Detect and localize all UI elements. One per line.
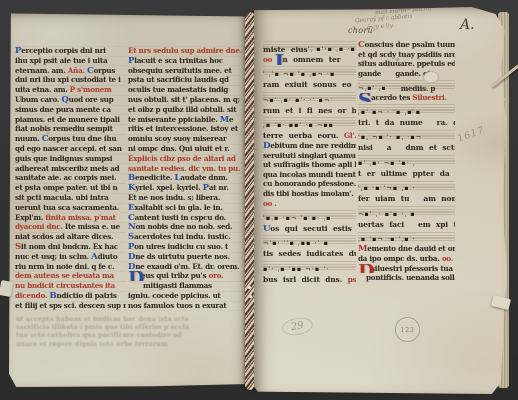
wormhole xyxy=(248,286,251,289)
text-segment: e xyxy=(229,115,233,124)
manuscript-text-line: Conscius dne psalm tuum. xyxy=(358,40,455,50)
manuscript-text-line: Debitum dne nre reddim' xyxy=(263,141,356,151)
manuscript-text-line: Kyriel. xpel. kyriel. Pat nr. xyxy=(128,183,247,193)
manuscript-text-line: nuum. Corpus tuu dne ihu xyxy=(15,134,126,144)
text-segment: em xpi tui xyxy=(418,220,455,229)
text-segment: nuc et usq; in sclm. xyxy=(15,252,91,261)
text-segment: am non au xyxy=(423,194,455,203)
wormhole xyxy=(249,295,252,298)
manuscript-text-line: nuc et usq; in sclm. Adiuto xyxy=(15,252,126,262)
neume-notation: ˈ ˌˈ▪ ¬▪ ˈ▪ ˌ▪¬ ·▪ xyxy=(263,70,335,79)
manuscript-text-line: situs adiuuare. ppetuis edue xyxy=(358,59,455,69)
ghost-line: unare et regere dignis toto orbe terraru… xyxy=(16,341,244,349)
text-segment: audate dnm. xyxy=(180,173,228,182)
text-segment: adhereat misceribz meis ad xyxy=(15,164,119,173)
manuscript-text-line: et filij et sps sci. descen sup nos xyxy=(15,301,126,311)
manuscript-text-line: mitigasti flammas xyxy=(128,281,247,291)
text-segment: qua incolas mundi tuentes xyxy=(263,170,356,179)
text-segment: rum et i fi nes or bis xyxy=(263,106,356,115)
text-segment: uertas faci xyxy=(358,220,404,229)
manuscript-text-line: rum et i fi nes or bis xyxy=(263,105,356,116)
text-segment: simus dne pura mente ca xyxy=(15,105,111,114)
neume-notation: ˌ▪ ˈ▪· ▪▪ˈ ·▪ ¬▪▪ xyxy=(263,121,334,130)
parchment-stain xyxy=(409,108,416,113)
text-segment: obsequiu seruitutis mee. et xyxy=(128,66,232,75)
ink-spot xyxy=(395,57,400,62)
manuscript-text-line: psta ut sacrificiu laudis qd xyxy=(128,75,247,85)
music-staff-line: ¬▪ˈ ˌ· ▪ˈ▪ ·ˌ ▪ xyxy=(358,204,455,219)
text-segment: onscius dne psalm tuum. xyxy=(365,40,455,49)
manuscript-text-line: et psta ompe pater. ut ibi n xyxy=(15,183,126,193)
neume-notation: ¬▪ˈ ˌ· ▪ˈ▪ ·ˌ ▪ xyxy=(358,210,416,219)
manuscript-text-line: dem autens se eleuata ma xyxy=(15,271,126,281)
manuscript-text-line: Dsiluestri pfessoris tua amp xyxy=(358,264,455,274)
manuscript-text-line: fiat nobis remediu sempit xyxy=(15,124,126,134)
text-segment: te miserante ppiciabile. xyxy=(128,115,220,124)
text-segment: et oibz p quibz illd obtuli. sit xyxy=(128,105,236,114)
text-segment: fiat nobis remediu sempit xyxy=(15,124,113,133)
manuscript-text-line: igniu. cocede ppicius. ut xyxy=(128,291,247,301)
text-segment: igniu. cocede ppicius. ut xyxy=(128,291,221,300)
text-segment: situs adiuuare. ppetuis edue xyxy=(358,59,455,68)
text-segment: pontificis. uenanda sollemp xyxy=(366,273,455,282)
text-segment: oo xyxy=(263,55,274,64)
text-segment: ihu xpi psit aie tue i uita xyxy=(15,56,107,65)
text-segment: seruituti singlari quamus xyxy=(263,151,356,160)
manuscript-text-line: qua incolas mundi tuentes xyxy=(263,170,356,180)
manuscript-text-line: niat scdos ad altare dices. xyxy=(15,232,126,242)
text-segment: t er ultime ppter da xyxy=(358,169,450,178)
text-segment: oo . xyxy=(263,199,277,208)
text-segment: eus qui tribz pu's xyxy=(141,271,209,280)
manuscript-text-line: tis sedes iudicates duodeci tri xyxy=(263,248,356,259)
text-segment: antent iusti in cspcu do. xyxy=(135,213,226,222)
manuscript-text-line: ut suffragiis thome apli bti xyxy=(263,160,356,170)
text-segment: oro. xyxy=(209,271,224,280)
manuscript-text-line: ihu xpi psit aie tue i uita xyxy=(15,56,126,66)
manuscript-text-line: terre uerba eoru. Gl'. xyxy=(263,130,356,141)
text-segment: C xyxy=(87,66,94,76)
show-through-text: ut accepta habeas et bndicas hec dona is… xyxy=(16,316,244,349)
manuscript-text-line: Perceptio corpis dni nri xyxy=(15,46,126,56)
manuscript-text-line: Memento dne dauid et omis xyxy=(358,244,455,254)
manuscript-text-line: et oibz p quibz illd obtuli. sit xyxy=(128,105,247,115)
neume-notation: ¬ˌ▪' ˌ▪ xyxy=(358,84,387,93)
text-segment: terre uerba eoru. xyxy=(263,131,344,140)
text-segment: ra. dicatur xyxy=(437,118,455,127)
text-segment: it nom dni bndcm. Ex hac xyxy=(21,242,118,251)
manuscript-text-line: seruituti singlari quamus xyxy=(263,151,356,161)
manuscript-text-line: simus dne pura mente ca xyxy=(15,105,126,115)
text-segment: yriel. xpel. kyriel. xyxy=(135,183,202,192)
text-segment: nu bndicit circustantes ita xyxy=(15,281,115,290)
text-segment: tis sedes iudicates duodeci tri xyxy=(263,249,356,258)
text-segment: et psta ompe pater. ut ibi n xyxy=(15,183,117,192)
text-segment: ni ompc dns. Qui uiuit et r. xyxy=(128,144,230,153)
text-segment: emento dne dauid et omis xyxy=(367,244,455,253)
manuscript-text-line: uertas faciem xpi tui xyxy=(358,219,455,230)
text-segment: M xyxy=(358,244,367,254)
manuscript-text-line: Benedicite. Laudate dnm. xyxy=(128,173,247,183)
text-segment: mitigasti flammas xyxy=(143,281,212,290)
manuscript-text-line: dicendo. Bndictio di patris xyxy=(15,291,126,301)
music-staff-line: ¬ˌ▪' ˌ▪mediis. p xyxy=(358,78,455,93)
text-segment: orpus xyxy=(94,66,116,75)
text-segment: Q xyxy=(61,95,68,105)
manuscript-text-line: ritis et intercessione. istoy et xyxy=(128,124,247,134)
neume-notation: ˌ▪ ˈ▪¬ ·▪ ˈˌ▪ · xyxy=(358,235,416,244)
text-segment: dem autens se eleuata ma xyxy=(15,271,114,280)
manuscript-text-line: et qd scdy tuay psidiis nrd de xyxy=(358,50,455,60)
text-segment: cu honorando pfessione. lau xyxy=(263,179,356,188)
text-segment: dis tibi hostias imolam'. xyxy=(263,189,356,198)
manuscript-text-line: Deus qui tribz pu's oro. xyxy=(128,271,247,281)
right-page-column-1: miste eius ˈˌ ▪'·▪ ˌ▪ ·▪▪oo In omnem ter… xyxy=(263,39,356,301)
text-segment: nisi xyxy=(358,143,373,152)
manuscript-text-line: dis tibi hostias imolam'. P. xyxy=(263,189,356,199)
manuscript-text-line: pontificis. uenanda sollemp xyxy=(358,273,455,283)
text-segment: oo. xyxy=(442,254,453,263)
manuscript-text-line: ram exiuit sonus eo xyxy=(263,79,356,90)
manuscript-text-line: Sacerdotes tui indu. iustic. xyxy=(128,232,247,242)
music-staff-line: ˌ▪ ˈ▪· ▪▪ˈ ·▪ ¬▪▪ xyxy=(263,116,356,131)
text-segment: siluestri pfessoris tua amp xyxy=(371,264,455,273)
left-page-column-1: Perceptio corpis dni nriihu xpi psit aie… xyxy=(15,46,126,314)
text-segment: ndictio di patris xyxy=(56,291,116,300)
manuscript-text-line: cu honorando pfessione. lau xyxy=(263,179,356,189)
text-segment: dicendo. xyxy=(15,291,49,300)
text-segment: dni nri ihu xpi custodiat te i xyxy=(15,75,121,84)
text-segment: psta ut sacrificiu laudis qd xyxy=(128,75,229,84)
text-segment: ps. oo. xyxy=(348,275,356,284)
text-segment: sanitate aie. ac corpis mei. xyxy=(15,173,116,182)
text-segment: qd ego nascer accepi. et san xyxy=(15,144,122,153)
music-staff-line: ˌ▪ ˈ▪¬ ·▪ ˈˌ▪ · xyxy=(358,230,455,245)
manuscript-text-line: nos famulos tuos n exurat xyxy=(128,301,247,311)
neume-notation: ¬▪ˈ ˌ▪· ▪ˈ· ·ˈ ▪¬ xyxy=(263,96,330,105)
manuscript-text-line: Uos qui secuti estis me sedebi xyxy=(263,223,356,234)
text-segment: diuto xyxy=(98,252,118,261)
manuscript-text-line: Placuit e sca trinitas hoc xyxy=(128,56,247,66)
text-segment: on uires iudiciu cu suo. t xyxy=(134,242,228,251)
manuscript-text-line: sit pcti macula. ubi intra xyxy=(15,193,126,203)
text-segment: ram exiuit sonus eo xyxy=(263,80,351,89)
photo-background: Perceptio corpis dni nriihu xpi psit aie… xyxy=(0,0,518,400)
ghost-line: ut accepta habeas et bndicas hec dona is… xyxy=(16,316,244,324)
manuscript-text-line: dyaconi dnc. Ite missa e. ue xyxy=(15,222,126,232)
text-segment: da ipo ompc ds. urba. xyxy=(358,254,442,263)
manuscript-text-line: Expl'm. finita missa. p'mat xyxy=(15,213,126,223)
text-segment: S xyxy=(358,93,371,103)
text-segment: Et ne nos indu. s; libera. xyxy=(128,193,220,202)
text-segment: on nobis dne no nob. sed. xyxy=(136,222,233,231)
neume-notation: ▪ˈ ˌ▪· ¬▪ ˈ▪· ˌ xyxy=(358,159,416,168)
text-segment: enedicite. xyxy=(135,173,174,182)
text-segment: riu nrm in noie dni. q fe c. xyxy=(15,262,114,271)
text-segment: ebitum dne nre reddim' xyxy=(270,141,356,150)
right-page-column-2: Conscius dne psalm tuum.et qd scdy tuay … xyxy=(358,40,455,296)
text-segment: Siluestri. xyxy=(412,93,446,102)
text-segment: bus isrl dicit dns. xyxy=(263,275,348,284)
music-staff-line: miste eius ˈˌ ▪'·▪ ˌ▪ ·▪▪ xyxy=(263,39,356,54)
text-segment: oculis tue maiestatis indig xyxy=(128,85,228,94)
neume-notation: ˈ▪ˌ ¬▪ ˈ· ▪ˌ ·▪¬ xyxy=(358,133,422,142)
manuscript-text-line: adhereat misceribz meis ad xyxy=(15,164,126,174)
text-segment: xaltabit sci in gla. le in. xyxy=(134,203,222,212)
manuscript-text-line: nisiadnm et scti tui xyxy=(358,142,455,153)
text-segment: Et nrs sedulu sup admire dne. xyxy=(128,46,242,55)
text-segment: Ite missa e. ue xyxy=(65,222,120,231)
text-segment: et qd scdy tuay psidiis nrd de xyxy=(358,50,455,59)
pencil-year-note: 1617 xyxy=(456,125,486,145)
neume-notation: ¬ˈ▪· ˈˈ▪ ˌ▪▪ ·ˈ ▪ xyxy=(263,239,329,248)
manuscript-text-line: oculis tue maiestatis indig xyxy=(128,85,247,95)
manuscript-text-line: riu nrm in noie dni. q fe c. xyxy=(15,262,126,272)
text-segment: N xyxy=(128,222,136,232)
neume-notation: ▪ˈ· ˌ▪ ˈ▪▪ ¬·▪ ˈ· xyxy=(263,265,329,274)
parchment-hole xyxy=(423,71,439,83)
text-segment: D xyxy=(358,264,371,274)
manuscript-text-line: te miserante ppiciabile. Me xyxy=(128,115,247,125)
manuscript-text-line: tri. t da numera. dicatur xyxy=(358,117,455,128)
text-segment: gande xyxy=(358,69,381,78)
manuscript-text-line: gandegande. et xyxy=(358,69,455,79)
ghost-line: sacrificia illibata i pmis que tibi offe… xyxy=(16,324,244,332)
manuscript-text-line: sanitate aie. ac corpis mei. xyxy=(15,173,126,183)
neume-notation: ˈˌ ▪'·▪ ˌ▪ ·▪▪ xyxy=(308,45,356,54)
text-segment: a xyxy=(387,143,392,152)
text-segment: B xyxy=(128,173,135,183)
text-segment: mediis. p xyxy=(401,84,436,93)
text-segment: sanitate redies. dic ym. tu pu. xyxy=(128,164,240,173)
manuscript-text-line: uita etna. am. P s'monem xyxy=(15,85,126,95)
manuscript-text-line: dni nri ihu xpi custodiat te i xyxy=(15,75,126,85)
page-header-chorus: chorū· xyxy=(348,26,376,35)
music-staff-line: ▪ˈ ˌ▪· ¬▪ ˈ▪· ˌ xyxy=(358,153,455,168)
manuscript-text-line: uerunt tua sca sacramenta. xyxy=(15,203,126,213)
manuscript-text-line: obsequiu seruitutis mee. et xyxy=(128,66,247,76)
text-segment: finita missa. p'mat xyxy=(45,213,115,222)
manuscript-text-line: Pon uires iudiciu cu suo. t xyxy=(128,242,247,252)
text-segment: dyaconi dnc. xyxy=(15,222,65,231)
text-segment: C xyxy=(128,213,135,223)
corner-letter: A. xyxy=(460,17,475,33)
manuscript-text-line: oo In omnem ter xyxy=(263,54,356,65)
text-segment: acerdo tes xyxy=(371,93,412,102)
text-segment: sit pcti macula. ubi intra xyxy=(15,193,109,202)
pencil-folio-note: 29 xyxy=(281,315,314,337)
manuscript-text-line: da ipo ompc ds. urba. oo. xyxy=(358,254,455,264)
text-segment: ne ds uirtutu puerte nos. xyxy=(135,252,230,261)
text-segment: os qui secuti estis me sedebi xyxy=(270,224,356,233)
text-segment: niat scdos ad altare dices. xyxy=(15,232,113,241)
manuscript-text-line: oo . xyxy=(263,199,356,209)
text-segment: miste eius xyxy=(263,45,308,54)
music-staff-line: ˈ ˌˈ▪ ¬▪ ˈ▪ ˌ▪¬ ·▪ xyxy=(263,65,356,80)
text-segment: ritis et intercessione. istoy et xyxy=(128,124,238,133)
text-segment: I xyxy=(274,54,282,65)
text-segment: Expl'm. xyxy=(15,213,45,222)
text-segment: D xyxy=(128,271,141,281)
text-segment: tri. t da nume xyxy=(358,118,423,127)
manuscript-text-line: bus isrl dicit dns. ps. oo. xyxy=(263,274,356,285)
manuscript-text-line: ni ompc dns. Qui uiuit et r. xyxy=(128,144,247,154)
text-segment: Explicis cibz pso de altari ad xyxy=(128,154,236,163)
right-page: mañ znirm~ faichñ Georgÿ pf c abbatis ā … xyxy=(254,7,507,394)
text-segment: et filij et sps sci. descen sup nos xyxy=(15,301,126,310)
manuscript-text-line: Dne ds uirtutu puerte nos. xyxy=(128,252,247,262)
text-segment: lacuit e sca trinitas hoc xyxy=(134,56,223,65)
text-segment: ut suffragiis thome apli bti xyxy=(263,160,356,169)
text-segment: M xyxy=(220,115,229,125)
manuscript-text-line: Cantent iusti in cspcu do. xyxy=(128,213,247,223)
text-segment: dnm et scti tui xyxy=(405,143,455,152)
left-page-column-2: Et nrs sedulu sup admire dne.Placuit e s… xyxy=(128,46,247,314)
text-segment: guis que indignus sumpsi xyxy=(15,154,112,163)
manuscript-text-line: Non nobis dne no nob. sed. xyxy=(128,222,247,232)
manuscript-text-line: qd ego nascer accepi. et san xyxy=(15,144,126,154)
stamp-number: 123 xyxy=(401,326,415,334)
text-segment: Aña. xyxy=(68,66,87,75)
text-segment: omniu scoy suoy miserear xyxy=(128,134,226,143)
manuscript-text-line: omniu scoy suoy miserear xyxy=(128,134,247,144)
text-segment: piamus. et de munere tipali xyxy=(15,115,120,124)
music-staff-line: ▪ˈ· ˌ▪ ˈ▪▪ ¬·▪ ˈ· xyxy=(263,259,356,274)
text-segment: orpus tuu dne ihu xyxy=(48,134,116,143)
text-segment: uita etna. am. xyxy=(15,85,70,94)
manuscript-text-line: guis que indignus sumpsi xyxy=(15,154,126,164)
text-segment: uerunt tua sca sacramenta. xyxy=(15,203,119,212)
text-segment: P s'monem xyxy=(70,85,112,94)
text-segment: erceptio corpis dni nri xyxy=(21,46,105,55)
music-staff-line: ˈ▪ˌ ¬▪ ˈ· ▪ˌ ·▪¬ xyxy=(358,128,455,143)
manuscript-text-line: Sacerdo tes Siluestri. xyxy=(358,93,455,103)
text-segment: C xyxy=(358,40,365,50)
manuscript-text-line: Et ne nos indu. s; libera. xyxy=(128,193,247,203)
library-number-stamp: 123 xyxy=(395,317,420,342)
text-segment: eternam. am. xyxy=(15,66,68,75)
text-segment: acerdotes tui indu. iustic. xyxy=(134,232,231,241)
manuscript-text-line: Explicis cibz pso de altari ad xyxy=(128,154,247,164)
text-segment: uod ore sup xyxy=(69,95,114,104)
music-staff-line: ¬▪ˈ ˌ▪· ▪ˈ· ·ˈ ▪¬ xyxy=(263,90,356,105)
left-page: Perceptio corpis dni nriihu xpi psit aie… xyxy=(9,12,248,387)
manuscript-text-line: nus obtuli. sit t' placens. m q; xyxy=(128,95,247,105)
text-segment: fer uiam tu xyxy=(358,194,409,203)
ghost-line: tua scta catholica qua pacificare custod… xyxy=(16,332,244,340)
spine-braid xyxy=(245,12,255,390)
music-staff-line: ¬ˈ▪· ˈˈ▪ ˌ▪▪ ·ˈ ▪ xyxy=(263,234,356,249)
manuscript-text-line: nu bndicit circustantes ita xyxy=(15,281,126,291)
music-staff-line: ˈˌ▪ ·▪ ˈ¬▪ ˌ▪ · xyxy=(358,179,455,194)
neume-notation: ˈˌ▪ ·▪ ˈ¬▪ ˌ▪ · xyxy=(358,184,416,193)
manuscript-text-line: Dne exaudi o'm. Et. dr. orem. xyxy=(128,262,247,272)
text-segment: Ubum caro. xyxy=(15,95,61,104)
music-staff-line: ˈ▪ˌ▪ ·▪¬ ˈ▪ ▪· ˌ▪ xyxy=(263,208,356,223)
manuscript-text-line: fer uiam tuam non au xyxy=(358,193,455,204)
text-segment: nos famulos tuos n exurat xyxy=(128,301,226,310)
manuscript-text-line: Exaltabit sci in gla. le in. xyxy=(128,203,247,213)
text-segment: at nr. xyxy=(209,183,229,192)
manuscript-text-line: Ubum caro. Quod ore sup xyxy=(15,95,126,105)
text-segment: n omnem ter xyxy=(282,55,340,64)
neume-notation: ˈ▪ˌ▪ ·▪¬ ˈ▪ ▪· ˌ▪ xyxy=(263,214,332,223)
text-segment: ne exaudi o'm. Et. dr. orem. xyxy=(135,262,239,271)
manuscript-text-line: sanitate redies. dic ym. tu pu. xyxy=(128,164,247,174)
manuscript-text-line: piamus. et de munere tipali xyxy=(15,115,126,125)
manuscript-text-line: eternam. am. Aña. Corpus xyxy=(15,66,126,76)
text-segment: nus obtuli. sit t' placens. m q; xyxy=(128,95,240,104)
manuscript-text-line: Et nrs sedulu sup admire dne. xyxy=(128,46,247,56)
manuscript-text-line: t er ultime ppter dauid xyxy=(358,168,455,179)
music-staff-line: ˌ▪ˈ ▪¬ · ˈ▪ ˌ▪ ▪ xyxy=(358,102,455,117)
text-segment: nuum. xyxy=(15,134,42,143)
parchment-stain xyxy=(45,130,51,135)
manuscript-text-line: Sit nom dni bndcm. Ex hac xyxy=(15,242,126,252)
text-segment: Gl'. xyxy=(344,131,356,140)
